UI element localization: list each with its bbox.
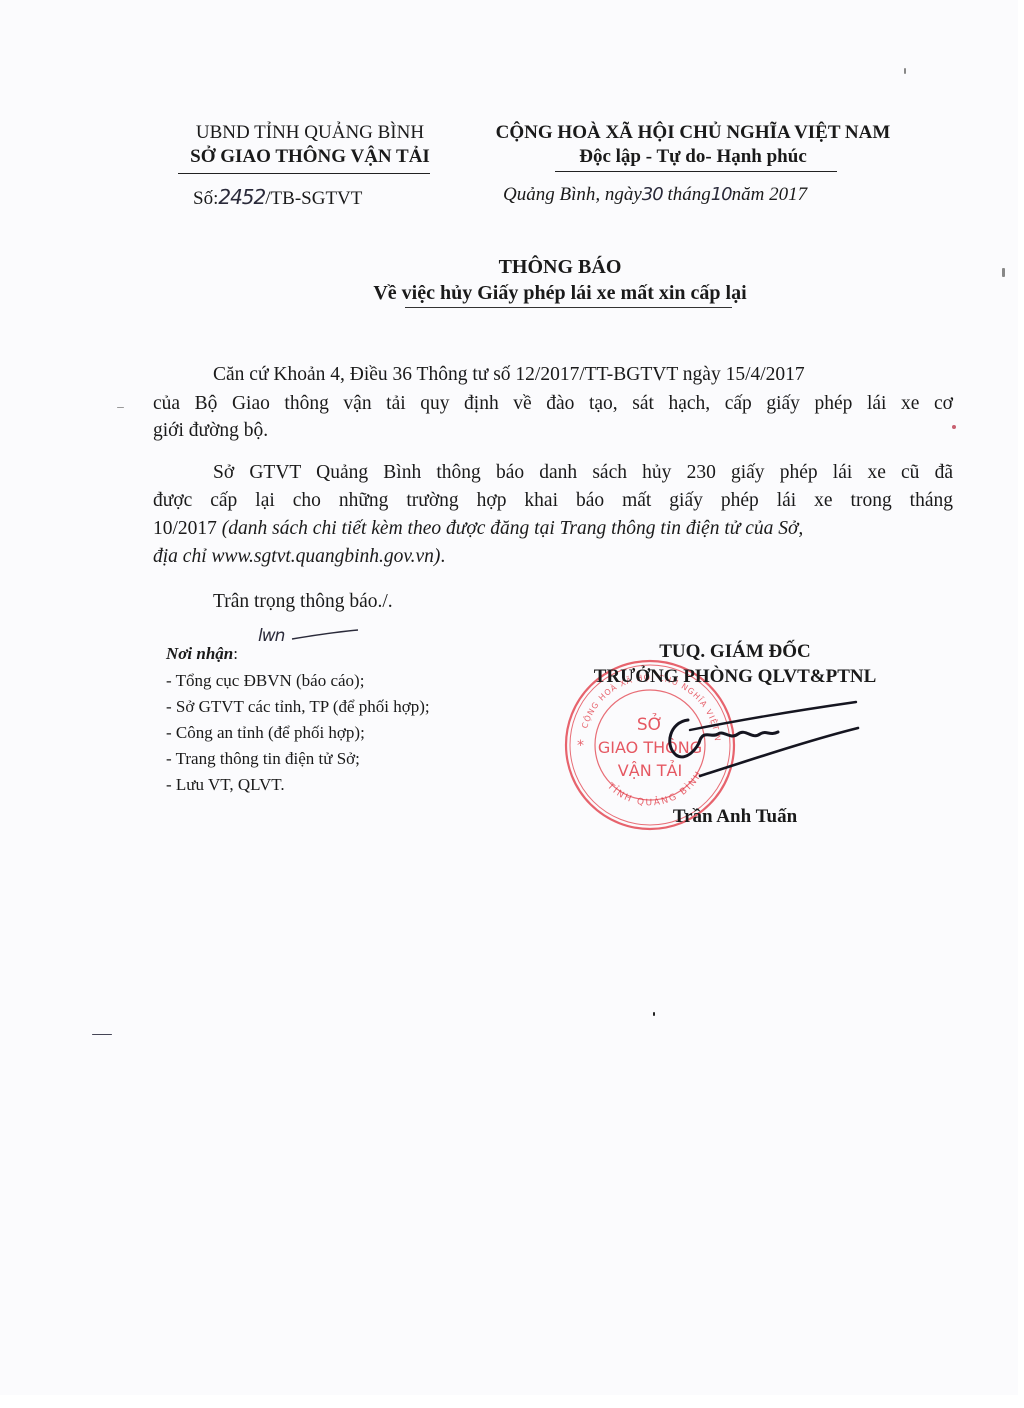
signer-authority: TUQ. GIÁM ĐỐC [560,641,910,663]
scan-speck [117,407,124,408]
recipient-item: - Công an tỉnh (để phối hợp); [166,720,430,746]
place-text: Quảng Bình, ngày [503,184,642,205]
number-prefix: Số: [193,188,218,209]
year-label: năm 2017 [732,184,807,205]
scan-speck [653,1012,655,1016]
recipient-item: - Lưu VT, QLVT. [166,772,430,798]
national-motto: Độc lập - Tự do- Hạnh phúc [463,146,923,168]
recipient-item: - Tổng cục ĐBVN (báo cáo); [166,668,430,694]
svg-text:*: * [577,738,584,754]
recipients-colon: : [233,644,238,663]
scan-speck [952,425,956,429]
scanned-page [0,0,1018,1395]
para2-line2: được cấp lại cho những trường hợp khai b… [153,490,953,512]
para2-line1: Sở GTVT Quảng Bình thông báo danh sách h… [213,462,953,484]
document-number: Số:2452/TB-SGTVT [193,185,362,210]
detail-note: (danh sách chi tiết kèm theo được đăng t… [222,518,804,539]
para2-line3: 10/2017 (danh sách chi tiết kèm theo đượ… [153,518,803,540]
motto-underline [555,171,837,172]
handwritten-month: 10 [711,184,732,205]
recipients-label-text: Nơi nhận [166,644,233,663]
handwritten-day: 30 [642,184,663,205]
para1-line3: giới đường bộ. [153,420,268,442]
closing-line: Trân trọng thông báo./. [213,591,393,613]
website-address: địa chỉ www.sgtvt.quangbinh.gov.vn) [153,546,440,567]
para1-line2: của Bộ Giao thông vận tải quy định về đà… [153,393,953,415]
signer-position: TRƯỞNG PHÒNG QLVT&PTNL [560,666,910,688]
subject-underline [405,307,732,308]
recipients-list: - Tổng cục ĐBVN (báo cáo); - Sở GTVT các… [166,668,430,798]
scan-speck [92,1034,112,1035]
agency-name: SỞ GIAO THÔNG VẬN TẢI [160,146,460,168]
handwritten-number: 2452 [218,185,265,209]
notice-subject: Về việc hủy Giấy phép lái xe mất xin cấp… [330,282,790,305]
month-label: tháng [667,184,710,205]
agency-underline [178,173,430,174]
reviewer-initials: lwn [258,626,284,646]
signer-name: Trần Anh Tuấn [600,806,870,828]
recipients-label: Nơi nhận: [166,644,238,664]
initials-stroke [290,628,360,642]
para2-line4: địa chỉ www.sgtvt.quangbinh.gov.vn). [153,546,445,568]
number-suffix: /TB-SGTVT [265,188,362,209]
agency-parent: UBND TỈNH QUẢNG BÌNH [160,122,460,144]
period: . [440,546,445,567]
recipient-item: - Trang thông tin điện tử Sở; [166,746,430,772]
recipient-item: - Sở GTVT các tỉnh, TP (để phối hợp); [166,694,430,720]
month-ref: 10/2017 [153,518,222,539]
notice-heading: THÔNG BÁO [330,256,790,279]
national-title: CỘNG HOÀ XÃ HỘI CHỦ NGHĨA VIỆT NAM [463,122,923,144]
scan-speck [1002,268,1005,277]
para1-line1: Căn cứ Khoản 4, Điều 36 Thông tư số 12/2… [213,364,805,386]
scan-speck [904,68,906,74]
handwritten-signature [660,700,860,780]
date-place: Quảng Bình, ngày30 tháng10năm 2017 [503,184,807,206]
